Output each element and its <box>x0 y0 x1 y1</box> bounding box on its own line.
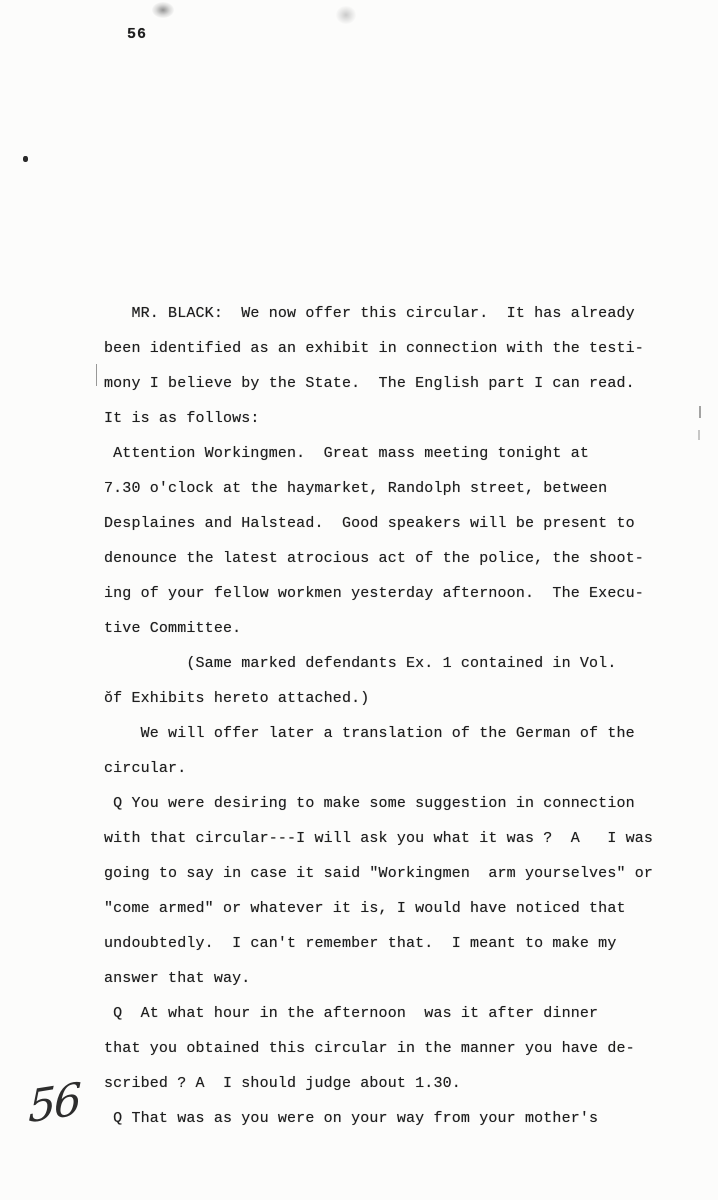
transcript-text: MR. BLACK: We now offer this circular. I… <box>104 296 684 1136</box>
text-line: Desplaines and Halstead. Good speakers w… <box>104 506 684 541</box>
text-line: undoubtedly. I can't remember that. I me… <box>104 926 684 961</box>
ink-smudge <box>336 6 356 24</box>
text-line: tive Committee. <box>104 611 684 646</box>
text-line: going to say in case it said "Workingmen… <box>104 856 684 891</box>
text-line: It is as follows: <box>104 401 684 436</box>
text-line: We will offer later a translation of the… <box>104 716 684 751</box>
text-line: ing of your fellow workmen yesterday aft… <box>104 576 684 611</box>
text-line: Q You were desiring to make some suggest… <box>104 786 684 821</box>
document-page: 56 MR. BLACK: We now offer this circular… <box>0 0 718 1200</box>
ink-speck <box>23 156 28 162</box>
text-line: 7.30 o'clock at the haymarket, Randolph … <box>104 471 684 506</box>
margin-mark <box>96 364 97 386</box>
text-line: mony I believe by the State. The English… <box>104 366 684 401</box>
text-line: denounce the latest atrocious act of the… <box>104 541 684 576</box>
text-line: "come armed" or whatever it is, I would … <box>104 891 684 926</box>
margin-mark <box>699 406 701 418</box>
text-line: Q That was as you were on your way from … <box>104 1101 684 1136</box>
handwritten-page-number: 56 <box>28 1074 80 1134</box>
ink-smudge <box>152 2 174 18</box>
text-line: (Same marked defendants Ex. 1 contained … <box>104 646 684 681</box>
page-number-typed: 56 <box>127 26 147 43</box>
text-line: circular. <box>104 751 684 786</box>
text-line: ŏf Exhibits hereto attached.) <box>104 681 684 716</box>
text-line: Attention Workingmen. Great mass meeting… <box>104 436 684 471</box>
text-line: scribed ? A I should judge about 1.30. <box>104 1066 684 1101</box>
margin-mark <box>698 430 700 440</box>
text-line: MR. BLACK: We now offer this circular. I… <box>104 296 684 331</box>
text-line: been identified as an exhibit in connect… <box>104 331 684 366</box>
text-line: with that circular---I will ask you what… <box>104 821 684 856</box>
text-line: answer that way. <box>104 961 684 996</box>
text-line: that you obtained this circular in the m… <box>104 1031 684 1066</box>
text-line: Q At what hour in the afternoon was it a… <box>104 996 684 1031</box>
